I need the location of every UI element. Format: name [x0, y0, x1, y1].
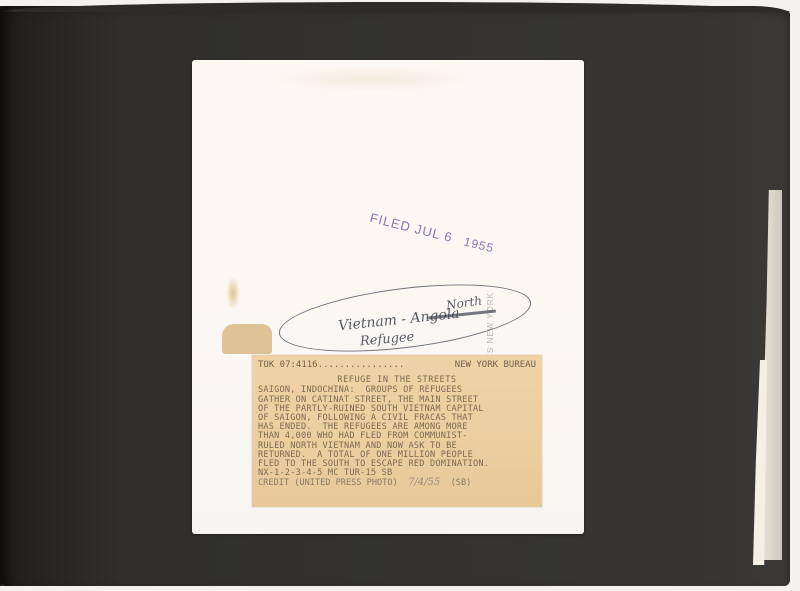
- photograph-back: FILED JUL 61955 PICTURES NEW YORK Vietna…: [192, 60, 584, 534]
- caption-body: SAIGON, INDOCHINA: GROUPS OF REFUGEESGAT…: [258, 386, 536, 478]
- caption-id: TOK 07:4116................: [258, 361, 404, 370]
- paper-stain-top: [272, 66, 472, 92]
- adhesive-stain: [222, 324, 272, 354]
- filed-date-stamp: FILED JUL 61955: [368, 210, 495, 255]
- adhesive-stain: [226, 276, 240, 310]
- handwritten-date: 7/4/55: [408, 477, 440, 488]
- caption-credit: CREDIT (UNITED PRESS PHOTO) 7/4/55 (SB): [258, 478, 536, 488]
- typed-caption-slip: TOK 07:4116................ NEW YORK BUR…: [252, 355, 542, 507]
- stamp-year: 1955: [462, 234, 495, 255]
- stamp-text: FILED JUL 6: [368, 210, 454, 245]
- album-spine-shadow: [0, 6, 14, 586]
- caption-bureau: NEW YORK BUREAU: [455, 361, 536, 370]
- caption-header: TOK 07:4116................ NEW YORK BUR…: [258, 361, 536, 370]
- caption-title: REFUGE IN THE STREETS: [258, 376, 536, 385]
